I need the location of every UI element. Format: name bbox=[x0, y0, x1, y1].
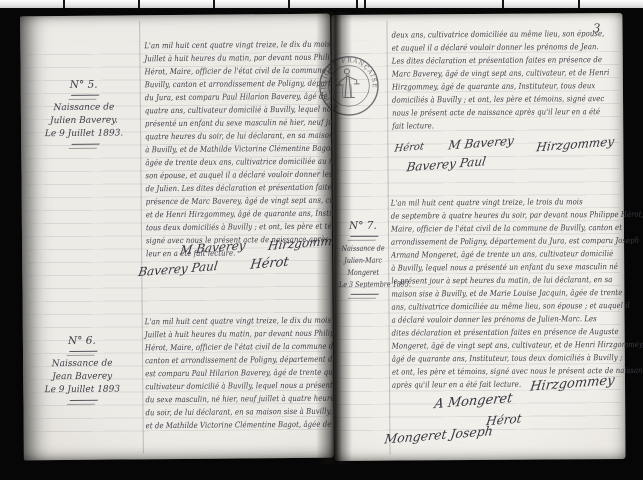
flourish-mark bbox=[68, 95, 99, 100]
margin-note-lines: Naissance deJulien-MarcMongeretLe 3 Sept… bbox=[334, 243, 392, 291]
margin-note-act-5: N° 5. Naissance deJulien Baverey.Le 9 Ju… bbox=[33, 77, 136, 151]
signature-baverey: M Baverey bbox=[447, 133, 514, 152]
handwritten-line: Le 3 Septembre 1893. bbox=[339, 279, 388, 291]
margin-rule bbox=[139, 21, 144, 453]
signature-a-mongeret: A Mongeret bbox=[433, 392, 513, 412]
right-page: 3 RÉPUBLIQUE FRANÇAISE deux ans, cultiva… bbox=[331, 13, 625, 461]
handwritten-line: Naissance de bbox=[31, 357, 133, 371]
scanned-register-photo: N° 5. Naissance deJulien Baverey.Le 9 Ju… bbox=[0, 0, 643, 480]
signature-hirzgommey: Hirzgommey bbox=[536, 134, 616, 154]
birth-act-6-continuation-text: deux ans, cultivatrice domiciliée au mêm… bbox=[392, 27, 621, 133]
flourish-mark bbox=[348, 294, 379, 299]
handwritten-line: Le 9 Juillet 1893 bbox=[31, 383, 133, 397]
act-number: N° 5. bbox=[33, 77, 135, 92]
film-ruler bbox=[0, 0, 643, 8]
left-page: N° 5. Naissance deJulien Baverey.Le 9 Ju… bbox=[20, 14, 334, 461]
handwritten-line: Julien Baverey. bbox=[33, 114, 135, 128]
signature-herot: Hérot bbox=[249, 256, 289, 273]
ruler-tick bbox=[502, 0, 504, 8]
act-number: N° 6. bbox=[31, 333, 133, 348]
margin-note-lines: Naissance deJulien Baverey.Le 9 Juillet … bbox=[33, 101, 135, 141]
ruler-tick bbox=[63, 0, 65, 8]
margin-note-act-6: N° 6. Naissance deJean BavereyLe 9 Juill… bbox=[31, 333, 134, 407]
ruler-tick bbox=[364, 0, 366, 8]
signature-baverey-paul: Baverey Paul bbox=[406, 154, 487, 174]
flourish-mark bbox=[347, 236, 378, 241]
handwritten-line: Naissance de bbox=[33, 101, 135, 115]
ruler-tick bbox=[356, 0, 358, 8]
signature-baverey-paul: Baverey Paul bbox=[137, 259, 218, 279]
republique-francaise-stamp: RÉPUBLIQUE FRANÇAISE bbox=[318, 55, 380, 117]
ruler-tick bbox=[578, 0, 580, 8]
handwritten-line: Mongeret bbox=[339, 267, 388, 279]
ruler-tick bbox=[288, 0, 290, 8]
handwritten-line: Jean Baverey bbox=[31, 370, 133, 384]
handwritten-line: Naissance de bbox=[339, 243, 388, 255]
ruler-tick bbox=[213, 0, 215, 8]
ruler-tick bbox=[138, 0, 140, 8]
margin-note-lines: Naissance deJean BavereyLe 9 Juillet 189… bbox=[31, 357, 133, 397]
act-number: N° 7. bbox=[334, 219, 392, 233]
handwritten-line: et de Mathilde Victorine Clémentine Bago… bbox=[146, 418, 310, 432]
birth-act-5-text: L'an mil huit cent quatre vingt treize, … bbox=[144, 38, 334, 261]
stamp-figure bbox=[336, 69, 359, 98]
birth-act-6-text: L'an mil huit cent quatre vingt treize, … bbox=[145, 314, 336, 433]
flourish-mark bbox=[68, 144, 99, 149]
margin-note-act-7: N° 7. Naissance deJulien-MarcMongeretLe … bbox=[334, 219, 393, 301]
handwritten-line: fait lecture. bbox=[392, 118, 588, 132]
handwritten-line: Julien-Marc bbox=[339, 255, 388, 267]
flourish-mark bbox=[67, 400, 98, 405]
signature-mongeret-joseph: Mongeret Joseph bbox=[384, 424, 494, 447]
handwritten-line: Le 9 Juillet 1893. bbox=[33, 127, 135, 141]
signature-herot: Hérot bbox=[393, 140, 424, 156]
flourish-mark bbox=[66, 351, 97, 356]
birth-act-7-text: L'an mil huit cent quatre vingt treize, … bbox=[391, 195, 624, 392]
